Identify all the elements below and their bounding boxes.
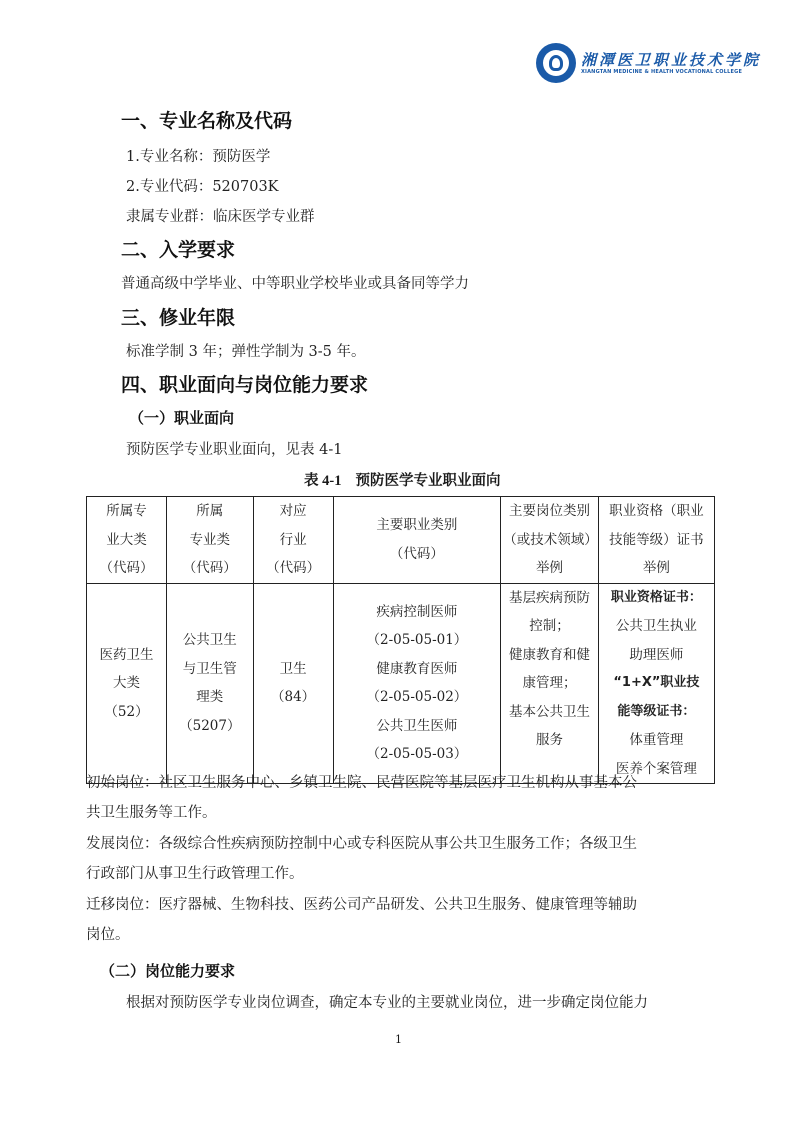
major-name: 1.专业名称：预防医学 (126, 145, 270, 166)
sub2-text: 根据对预防医学专业岗位调查，确定本专业的主要就业岗位，进一步确定岗位能力 (126, 991, 648, 1012)
table-header-row: 所属专业大类（代码） 所属专业类（代码） 对应行业（代码） 主要职业类别（代码）… (87, 497, 715, 584)
sub1-heading: （一）职业面向 (129, 407, 234, 428)
cell-major-category: 医药卫生大类（52） (87, 583, 167, 784)
section3-heading: 三、修业年限 (121, 303, 235, 330)
cell-positions: 基层疾病预防控制；健康教育和健康管理；基本公共卫生服务 (501, 583, 599, 784)
college-emblem-icon (536, 43, 576, 83)
header-major-class: 所属专业类（代码） (167, 497, 254, 584)
cell-occupation: 疾病控制医师（2-05-05-01）健康教育医师（2-05-05-02）公共卫生… (333, 583, 501, 784)
cell-industry: 卫生（84） (253, 583, 333, 784)
header-positions: 主要岗位类别（或技术领域）举例 (501, 497, 599, 584)
header-industry: 对应行业（代码） (253, 497, 333, 584)
transfer-position-line2: 岗位。 (86, 923, 130, 944)
sub2-heading: （二）岗位能力要求 (100, 960, 235, 981)
section2-heading: 二、入学要求 (121, 235, 235, 262)
major-code: 2.专业代码：520703K (126, 175, 279, 196)
cert-label: 职业资格证书： (601, 584, 712, 613)
page-number: 1 (395, 1033, 402, 1046)
x-cert-label: “1+X”职业技 (601, 669, 712, 698)
header-major-category: 所属专业大类（代码） (87, 497, 167, 584)
section4-heading: 四、职业面向与岗位能力要求 (121, 370, 368, 397)
duration-text: 标准学制 3 年；弹性学制为 3-5 年。 (126, 340, 366, 361)
occupation-table: 所属专业大类（代码） 所属专业类（代码） 对应行业（代码） 主要职业类别（代码）… (86, 496, 715, 784)
table-caption-title: 预防医学专业职业面向 (355, 473, 500, 489)
initial-position-line2: 共卫生服务等工作。 (86, 801, 217, 822)
college-logo: 湘潭医卫职业技术学院 XIANGTAN MEDICINE & HEALTH VO… (536, 43, 761, 83)
table-caption: 表 4-1预防医学专业职业面向 (304, 469, 500, 490)
initial-position-line1: 初始岗位：社区卫生服务中心、乡镇卫生院、民营医院等基层医疗卫生机构从事基本公 (86, 771, 637, 792)
logo-cn-name: 湘潭医卫职业技术学院 (581, 51, 761, 69)
sub1-intro: 预防医学专业职业面向，见表 4-1 (126, 438, 342, 459)
develop-position-line2: 行政部门从事卫生行政管理工作。 (86, 862, 304, 883)
transfer-position-line1: 迁移岗位：医疗器械、生物科技、医药公司产品研发、公共卫生服务、健康管理等辅助 (86, 893, 637, 914)
cell-major-class: 公共卫生与卫生管理类（5207） (167, 583, 254, 784)
header-certificates: 职业资格（职业技能等级）证书举例 (598, 497, 714, 584)
section1-heading: 一、专业名称及代码 (121, 106, 292, 133)
admission-text: 普通高级中学毕业、中等职业学校毕业或具备同等学力 (121, 272, 469, 293)
logo-en-name: XIANGTAN MEDICINE & HEALTH VOCATIONAL CO… (581, 69, 761, 75)
table-caption-number: 表 4-1 (304, 473, 341, 489)
header-occupation: 主要职业类别（代码） (333, 497, 501, 584)
cell-certificates: 职业资格证书： 公共卫生执业 助理医师 “1+X”职业技 能等级证书： 体重管理… (598, 583, 714, 784)
major-group: 隶属专业群：临床医学专业群 (126, 205, 315, 226)
develop-position-line1: 发展岗位：各级综合性疾病预防控制中心或专科医院从事公共卫生服务工作；各级卫生 (86, 832, 637, 853)
table-row: 医药卫生大类（52） 公共卫生与卫生管理类（5207） 卫生（84） 疾病控制医… (87, 583, 715, 784)
